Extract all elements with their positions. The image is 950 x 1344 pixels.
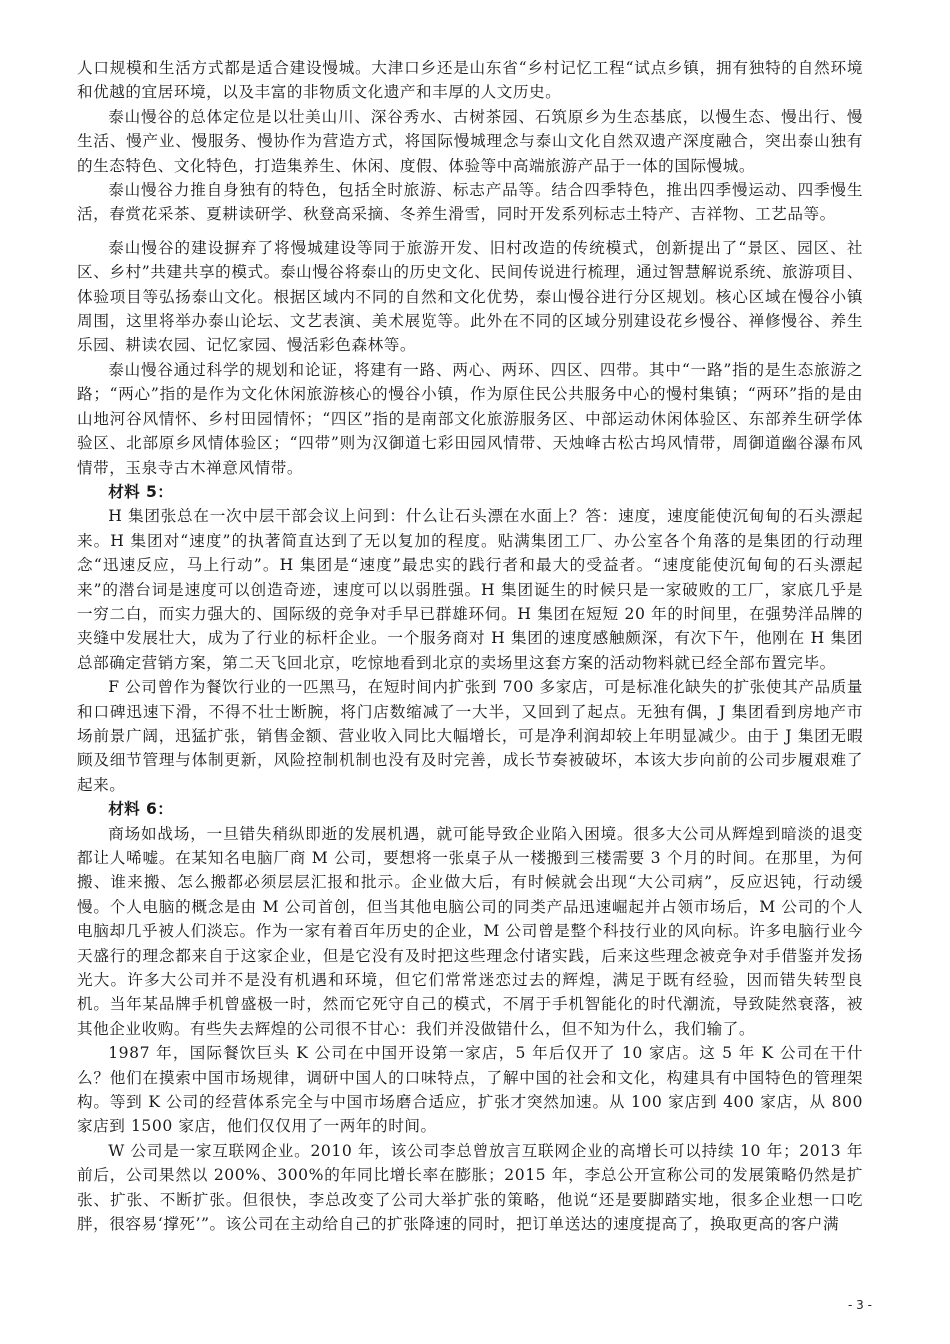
paragraph-h-group: H 集团张总在一次中层干部会议上问到：什么让石头漂在水面上？答：速度，速度能使沉… bbox=[77, 504, 863, 675]
paragraph-f-company: F 公司曾作为餐饮行业的一匹黑马，在短时间内扩张到 700 多家店，可是标准化缺… bbox=[77, 675, 863, 797]
paragraph-m-company: 商场如战场，一旦错失稍纵即逝的发展机遇，就可能导致企业陷入困境。很多大公司从辉煌… bbox=[77, 822, 863, 1042]
page-number: - 3 - bbox=[848, 1298, 872, 1312]
paragraph-features: 泰山慢谷力推自身独有的特色，包括全时旅游、标志产品等。结合四季特色，推出四季慢运… bbox=[77, 178, 863, 227]
paragraph-construction-model: 泰山慢谷的建设摒弃了将慢城建设等同于旅游开发、旧村改造的传统模式，创新提出了“景… bbox=[77, 236, 863, 358]
section-heading-material-6: 材料 6： bbox=[77, 797, 863, 821]
document-page: 人口规模和生活方式都是适合建设慢城。大津口乡还是山东省“乡村记忆工程“试点乡镇，… bbox=[77, 56, 863, 1237]
paragraph-planning: 泰山慢谷通过科学的规划和论证，将建有一路、两心、两环、四区、四带。其中“一路”指… bbox=[77, 358, 863, 480]
paragraph-positioning: 泰山慢谷的总体定位是以壮美山川、深谷秀水、古树茶园、石筑原乡为生态基底，以慢生态… bbox=[77, 105, 863, 178]
paragraph-w-company: W 公司是一家互联网企业。2010 年，该公司李总曾放言互联网企业的高增长可以持… bbox=[77, 1139, 863, 1237]
paragraph-intro-continuation: 人口规模和生活方式都是适合建设慢城。大津口乡还是山东省“乡村记忆工程“试点乡镇，… bbox=[77, 56, 863, 105]
paragraph-k-company: 1987 年，国际餐饮巨头 K 公司在中国开设第一家店，5 年后仅开了 10 家… bbox=[77, 1041, 863, 1139]
section-heading-material-5: 材料 5： bbox=[77, 480, 863, 504]
blank-line bbox=[77, 227, 863, 236]
